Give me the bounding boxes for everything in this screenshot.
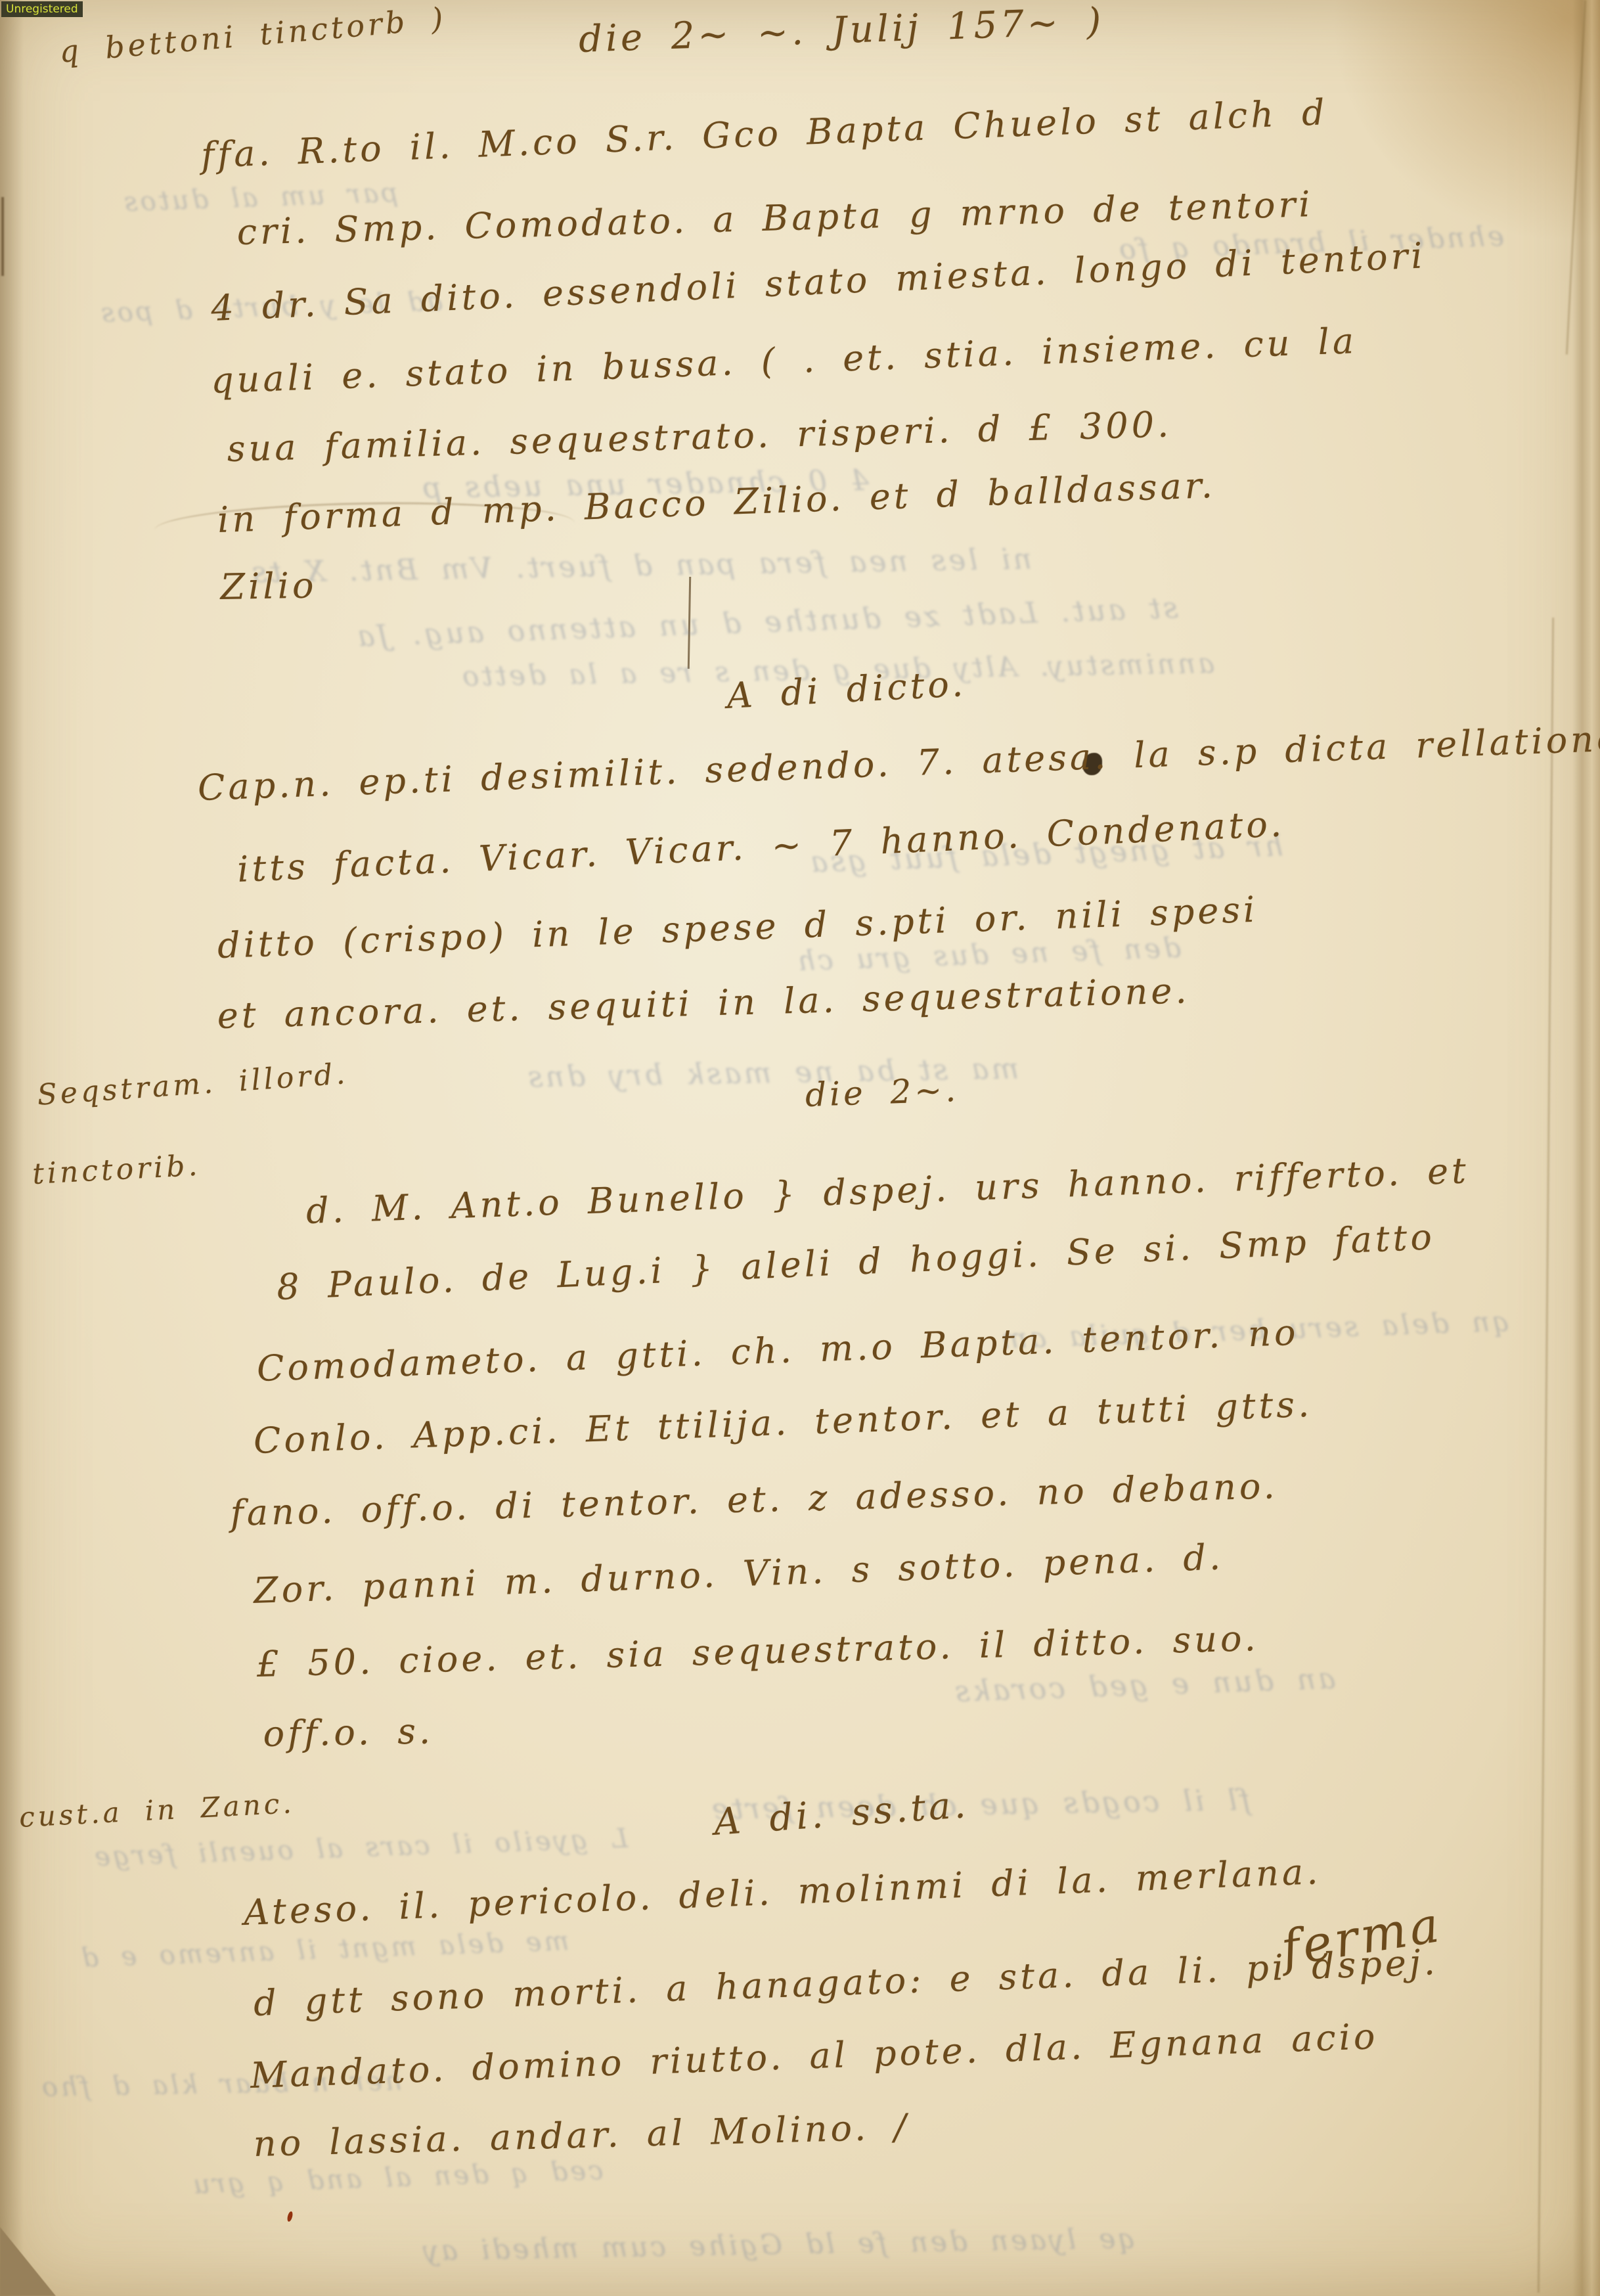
entry-3-margin-note: Seqstram. illord. [36,1057,349,1112]
entry-1-line: 4 dr. Sa dito. essendoli stato miesta. l… [210,235,1427,329]
entry-4-line: d gtt sono morti. a hanagato: e sta. da … [253,1941,1439,2024]
entry-1-line: ffa. R.to il. M.co S.r. Gco Bapta Chuelo… [200,91,1329,176]
entry-4-margin-note: cust.a in Zanc. [18,1787,296,1834]
entry-1-line: Zilio [220,564,317,608]
entry-3-margin-note: tinctorib. [32,1149,201,1191]
entry-2-line: itts facta. Vicar. Vicar. ~ 7 hanno. Con… [236,803,1285,890]
ghost-text: L gyeilo il cars al ouenli ferge [91,1824,628,1872]
entry-3-line: Conlo. App.ci. Et ttilija. tentor. et a … [253,1384,1313,1462]
entry-4-line: no lassia. andar. al Molino. / [253,2106,910,2165]
ghost-text: ced q den al and q gru [190,2155,604,2200]
date-line: die 2~ ~. Julij 157~ ) [578,0,1105,61]
stray-ink-stroke [688,577,691,669]
ghost-text: st aut. Ladt ze dunthe d un attenno aug.… [354,591,1178,654]
page-edge-right [1572,0,1600,2296]
margin-note-top-left: q bettoni tinctorb ) [58,0,448,69]
torn-corner-bottom-left [0,2227,56,2296]
entry-3-line: fano. off.o. di tentor. et. z adesso. no… [230,1465,1278,1534]
scan-watermark: Unregistered [1,1,83,17]
entry-3-line: d. M. Ant.o Bunello } dspej. urs hanno. … [305,1150,1470,1232]
entry-2-line: Cap.n. ep.ti desimilit. sedendo. 7. ates… [197,717,1600,809]
fold-crease-top-right [1566,0,1586,354]
entry-4-line: Mandato. domino riutto. al pote. dla. Eg… [250,2015,1379,2096]
entry-3-line: Comodameto. a gtti. ch. m.o Bapta. tento… [256,1312,1299,1389]
entry-4-heading: A di. ss.ta. [713,1784,970,1844]
entry-4-line: Ateso. il. pericolo. deli. molinmi di la… [243,1851,1322,1933]
manuscript-page: par um al dutos ehnder il brando q fo ad… [0,0,1600,2296]
ghost-text: an dun e ged coraks [952,1662,1336,1709]
entry-2-line: et ancora. et. sequiti in la. sequestrat… [217,970,1190,1037]
ghost-text: me dela mgnt il anremo e d [78,1926,569,1973]
page-edge-left [0,0,24,2296]
entry-1-line: sua familia. sequestrato. risperi. d £ 3… [227,403,1172,470]
entry-3-line: 8 Paulo. de Lug.i } aleli d hoggi. Se si… [276,1216,1436,1308]
entry-3-line: Zor. panni m. durno. Vin. s sotto. pena.… [253,1536,1224,1611]
ghost-text: qe lyaen den fe ld Ggihe cum mhedi ay [420,2222,1136,2266]
entry-2-heading: A di dicto. [726,663,967,717]
left-edge-fiber [1,197,4,276]
entry-1-line: in forma d mp. Bacco Zilio. et d balldas… [217,464,1216,541]
entry-1-line: quali e. stato in bussa. ( . et. stia. i… [210,320,1358,401]
entry-3-heading: die 2~. [805,1071,960,1114]
entry-1-line: cri. Smp. Comodato. a Bapta g mrno de te… [236,183,1314,253]
paper-stain-top-right [1324,0,1600,250]
entry-3-line: £ 50. cioe. et. sia sequestrato. il ditt… [256,1617,1259,1685]
fold-crease-right [1538,618,1554,2293]
entry-2-line: ditto (crispo) in le spese d s.pti or. n… [217,889,1258,966]
red-speck [286,2211,294,2222]
entry-3-line: off.o. s. [263,1710,434,1755]
